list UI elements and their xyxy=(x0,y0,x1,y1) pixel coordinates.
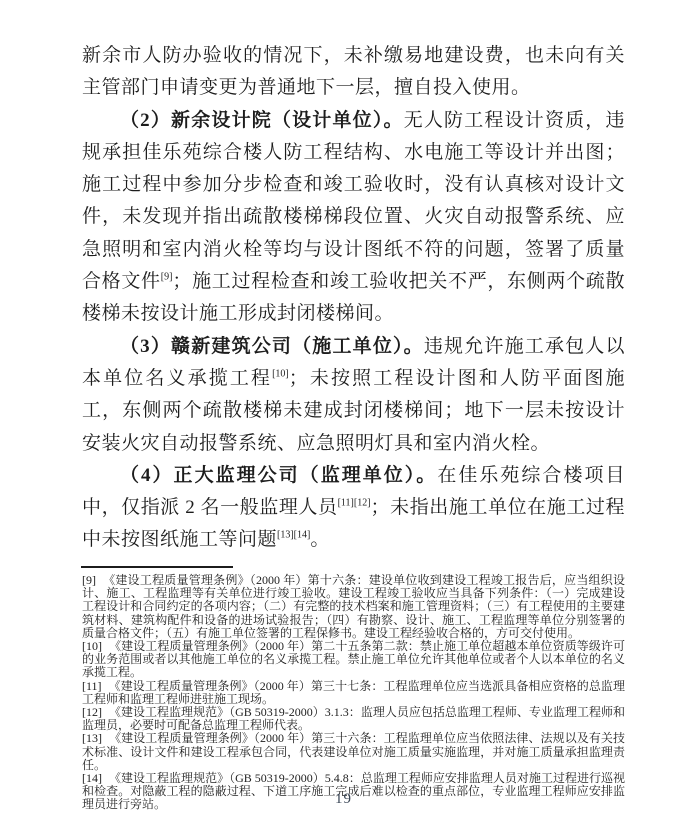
footnote-reference: [10] xyxy=(272,369,289,380)
section-heading: （3）赣新建筑公司（施工单位）。 xyxy=(120,336,424,357)
footnote-marker: [14] xyxy=(82,771,102,785)
paragraph: 新余市人防办验收的情况下，未补缴易地建设费，也未向有关主管部门申请变更为普通地下… xyxy=(82,40,625,105)
footnote-item: [13]《建设工程质量管理条例》（2000 年）第三十六条：工程监理单位应当依照… xyxy=(82,732,625,772)
footnote-text: 《建设工程质量管理条例》（2000 年）第二十五条第二款：禁止施工单位超越本单位… xyxy=(82,639,625,679)
footnote-reference: [13][14] xyxy=(277,530,310,541)
footnote-divider xyxy=(81,566,233,568)
footnote-item: [11]《建设工程质量管理条例》（2000 年）第三十七条：工程监理单位应当选派… xyxy=(82,680,625,706)
paragraph: （3）赣新建筑公司（施工单位）。违规允许施工承包人以本单位名义承揽工程[10]；… xyxy=(82,331,625,460)
text-run: 无人防工程设计资质，违规承担佳乐苑综合楼人防工程结构、水电施工等设计并出图；施工… xyxy=(82,110,625,292)
page-number: 19 xyxy=(0,791,687,808)
text-run: 。 xyxy=(310,529,330,550)
footnote-text: 《建设工程质量管理条例》（2000 年）第三十六条：工程监理单位应当依照法律、法… xyxy=(82,731,625,771)
footnote-marker: [12] xyxy=(82,705,102,719)
paragraph: （4）正大监理公司（监理单位）。在佳乐苑综合楼项目中，仅指派 2 名一般监理人员… xyxy=(82,460,625,557)
text-run: 新余市人防办验收的情况下，未补缴易地建设费，也未向有关主管部门申请变更为普通地下… xyxy=(82,45,625,98)
footnote-reference: [11][12] xyxy=(338,498,371,509)
footnote-item: [9]《建设工程质量管理条例》（2000 年）第十六条：建设单位收到建设工程竣工… xyxy=(82,574,625,640)
footnote-marker: [11] xyxy=(82,679,102,693)
document-page: 新余市人防办验收的情况下，未补缴易地建设费，也未向有关主管部门申请变更为普通地下… xyxy=(0,0,687,828)
footnote-item: [10]《建设工程质量管理条例》（2000 年）第二十五条第二款：禁止施工单位超… xyxy=(82,640,625,680)
footnotes-list: [9]《建设工程质量管理条例》（2000 年）第十六条：建设单位收到建设工程竣工… xyxy=(82,574,625,812)
document-body: 新余市人防办验收的情况下，未补缴易地建设费，也未向有关主管部门申请变更为普通地下… xyxy=(82,40,625,557)
footnote-text: 《建设工程质量管理条例》（2000 年）第三十七条：工程监理单位应当选派具备相应… xyxy=(82,679,625,706)
footnote-text: 《建设工程监理规范》（GB 50319-2000）3.1.3：监理人员应包括总监… xyxy=(82,705,625,732)
footnote-marker: [10] xyxy=(82,639,102,653)
section-heading: （4）正大监理公司（监理单位）。 xyxy=(120,465,437,486)
footnote-text: 《建设工程质量管理条例》（2000 年）第十六条：建设单位收到建设工程竣工报告后… xyxy=(82,573,625,640)
section-heading: （2）新余设计院（设计单位）。 xyxy=(120,110,404,131)
footnote-reference: [9] xyxy=(161,272,173,283)
footnote-marker: [9] xyxy=(82,573,96,587)
paragraph: （2）新余设计院（设计单位）。无人防工程设计资质，违规承担佳乐苑综合楼人防工程结… xyxy=(82,105,625,331)
footnote-item: [12]《建设工程监理规范》（GB 50319-2000）3.1.3：监理人员应… xyxy=(82,706,625,732)
footnote-marker: [13] xyxy=(82,731,102,745)
